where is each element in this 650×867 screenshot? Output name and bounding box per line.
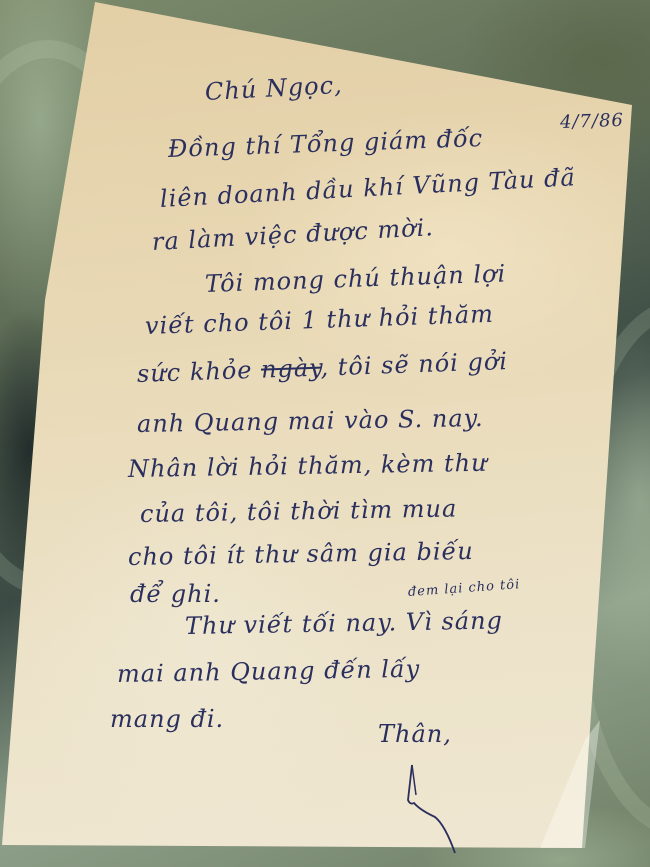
letter-line-13: mai anh Quang đến lấy xyxy=(117,655,421,688)
letter-line-11: để ghi. xyxy=(130,580,221,608)
struck-word: ngày xyxy=(261,354,321,384)
line-6-start: sức khỏe xyxy=(137,356,262,388)
letter-date: 4/7/86 xyxy=(560,110,625,133)
letter-line-9: của tôi, tôi thời tìm mua xyxy=(140,494,458,528)
letter-line-14: mang đi. xyxy=(110,705,224,733)
closing: Thân, xyxy=(378,720,452,748)
letter-line-12: Thư viết tối nay. Vì sáng xyxy=(185,606,503,640)
signature-flourish-icon xyxy=(400,755,480,855)
